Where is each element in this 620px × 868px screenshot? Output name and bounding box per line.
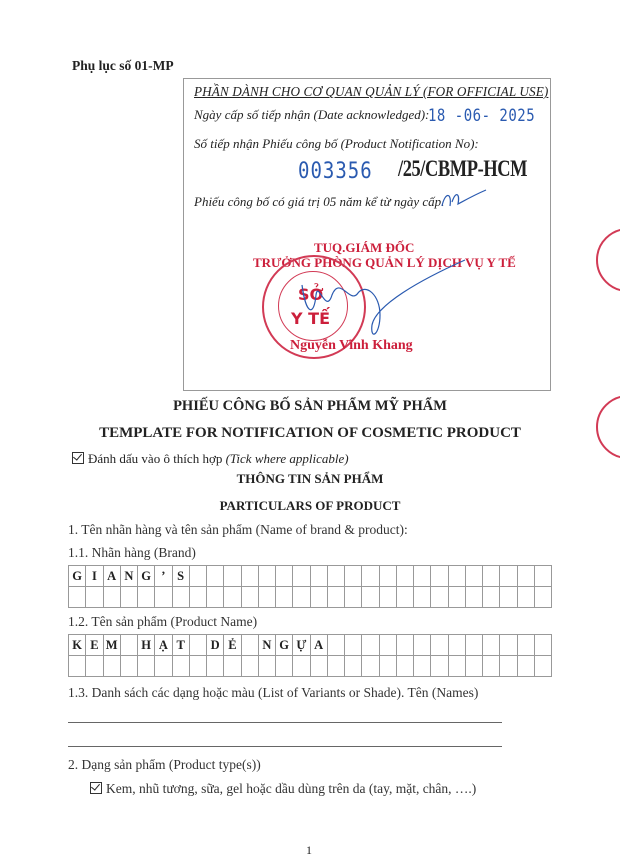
handwritten-initial-icon: [440, 188, 490, 213]
grid-cell[interactable]: [345, 656, 362, 677]
page-number: 1: [306, 843, 312, 858]
grid-cell[interactable]: [138, 587, 155, 608]
tick-instruction-vn: Đánh dấu vào ô thích hợp: [88, 451, 222, 466]
grid-cell[interactable]: [414, 656, 431, 677]
grid-cell[interactable]: [259, 656, 276, 677]
grid-cell[interactable]: D: [207, 635, 224, 656]
grid-cell[interactable]: [207, 656, 224, 677]
grid-cell[interactable]: [69, 587, 86, 608]
grid-cell[interactable]: [155, 656, 172, 677]
grid-cell[interactable]: ’: [155, 566, 172, 587]
grid-cell[interactable]: [397, 587, 414, 608]
grid-cell[interactable]: [397, 635, 414, 656]
grid-cell[interactable]: [293, 587, 310, 608]
grid-cell[interactable]: [276, 656, 293, 677]
grid-cell[interactable]: G: [276, 635, 293, 656]
product-type-option-label: Kem, nhũ tương, sữa, gel hoặc dầu dùng t…: [106, 781, 476, 796]
grid-cell[interactable]: G: [138, 566, 155, 587]
grid-cell[interactable]: [535, 656, 552, 677]
grid-cell[interactable]: [242, 656, 259, 677]
grid-cell[interactable]: N: [121, 566, 138, 587]
grid-cell[interactable]: [224, 566, 241, 587]
grid-cell[interactable]: S: [173, 566, 190, 587]
grid-cell[interactable]: [518, 566, 535, 587]
grid-cell[interactable]: [190, 587, 207, 608]
grid-cell[interactable]: [311, 587, 328, 608]
grid-cell[interactable]: [431, 656, 448, 677]
tick-instruction: Đánh dấu vào ô thích hợp (Tick where app…: [72, 451, 349, 467]
grid-cell[interactable]: T: [173, 635, 190, 656]
grid-cell[interactable]: [483, 566, 500, 587]
grid-cell[interactable]: Ạ: [155, 635, 172, 656]
grid-cell[interactable]: [483, 587, 500, 608]
grid-cell[interactable]: [207, 587, 224, 608]
section-1-3-label: 1.3. Danh sách các dạng hoặc màu (List o…: [68, 685, 478, 701]
grid-cell[interactable]: [466, 635, 483, 656]
grid-cell[interactable]: [86, 587, 103, 608]
grid-cell[interactable]: [466, 656, 483, 677]
grid-cell[interactable]: [328, 587, 345, 608]
grid-cell[interactable]: [414, 566, 431, 587]
form-title-en: TEMPLATE FOR NOTIFICATION OF COSMETIC PR…: [0, 425, 620, 442]
grid-cell[interactable]: [535, 587, 552, 608]
grid-cell[interactable]: [224, 587, 241, 608]
grid-cell[interactable]: [345, 566, 362, 587]
grid-cell[interactable]: [104, 587, 121, 608]
grid-cell[interactable]: [380, 656, 397, 677]
grid-cell[interactable]: [242, 566, 259, 587]
grid-cell[interactable]: M: [104, 635, 121, 656]
grid-cell[interactable]: A: [311, 635, 328, 656]
form-title-vn: PHIẾU CÔNG BỐ SẢN PHẨM MỸ PHẨM: [0, 398, 620, 415]
checked-box-icon[interactable]: [90, 782, 102, 794]
grid-cell[interactable]: [69, 656, 86, 677]
grid-cell[interactable]: N: [259, 635, 276, 656]
grid-cell[interactable]: [259, 587, 276, 608]
grid-cell[interactable]: [449, 635, 466, 656]
grid-cell[interactable]: [207, 566, 224, 587]
grid-cell[interactable]: [242, 587, 259, 608]
appendix-label: Phụ lục số 01-MP: [72, 58, 174, 74]
grid-cell[interactable]: Ự: [293, 635, 310, 656]
signatory-name: Nguyễn Vĩnh Khang: [290, 338, 413, 354]
side-stamp-top: [596, 228, 620, 292]
grid-cell[interactable]: [431, 587, 448, 608]
grid-cell[interactable]: [535, 566, 552, 587]
grid-cell[interactable]: [345, 587, 362, 608]
grid-cell[interactable]: [518, 635, 535, 656]
grid-cell[interactable]: [259, 566, 276, 587]
grid-cell[interactable]: G: [69, 566, 86, 587]
grid-cell[interactable]: [328, 656, 345, 677]
grid-cell[interactable]: [276, 587, 293, 608]
grid-cell[interactable]: [190, 566, 207, 587]
grid-cell[interactable]: [500, 656, 517, 677]
section-title-en: PARTICULARS OF PRODUCT: [0, 498, 620, 514]
notification-number: 003356: [298, 158, 373, 183]
grid-cell[interactable]: [518, 656, 535, 677]
grid-cell[interactable]: [414, 587, 431, 608]
grid-cell[interactable]: [311, 656, 328, 677]
grid-cell[interactable]: [121, 656, 138, 677]
grid-cell[interactable]: [397, 656, 414, 677]
grid-cell[interactable]: [483, 635, 500, 656]
grid-cell[interactable]: [483, 656, 500, 677]
grid-cell[interactable]: [190, 656, 207, 677]
grid-cell[interactable]: [362, 566, 379, 587]
grid-cell[interactable]: A: [104, 566, 121, 587]
product-name-grid[interactable]: KEMHẠTDẺNGỰA: [68, 634, 552, 677]
grid-cell[interactable]: [414, 635, 431, 656]
grid-cell[interactable]: [121, 635, 138, 656]
grid-cell[interactable]: [293, 566, 310, 587]
grid-cell[interactable]: [466, 566, 483, 587]
grid-cell[interactable]: [431, 566, 448, 587]
grid-cell[interactable]: [224, 656, 241, 677]
date-acknowledged-value: 18 -06- 2025: [428, 106, 535, 125]
grid-cell[interactable]: [190, 635, 207, 656]
grid-cell[interactable]: [535, 635, 552, 656]
grid-cell[interactable]: [449, 587, 466, 608]
grid-cell[interactable]: [449, 566, 466, 587]
grid-cell[interactable]: [466, 587, 483, 608]
notification-no-label: Số tiếp nhận Phiếu công bố (Product Noti…: [194, 136, 479, 152]
signatory-title: TUQ.GIÁM ĐỐC: [314, 240, 414, 256]
section-1-label: 1. Tên nhãn hàng và tên sản phẩm (Name o…: [68, 522, 408, 538]
grid-cell[interactable]: [138, 656, 155, 677]
grid-cell[interactable]: [518, 587, 535, 608]
variant-line-2[interactable]: [68, 746, 502, 747]
grid-cell[interactable]: [500, 587, 517, 608]
grid-cell[interactable]: [431, 635, 448, 656]
brand-grid[interactable]: GIANG’S: [68, 565, 552, 608]
grid-cell[interactable]: [293, 656, 310, 677]
grid-cell[interactable]: [362, 587, 379, 608]
checked-box-icon: [72, 452, 84, 464]
grid-cell[interactable]: I: [86, 566, 103, 587]
grid-cell[interactable]: [155, 587, 172, 608]
grid-cell[interactable]: K: [69, 635, 86, 656]
grid-cell[interactable]: [173, 656, 190, 677]
signature-icon: [300, 255, 470, 345]
variant-line-1[interactable]: [68, 722, 502, 723]
grid-cell[interactable]: [104, 656, 121, 677]
section-title-vn: THÔNG TIN SẢN PHẨM: [0, 471, 620, 487]
product-type-option[interactable]: Kem, nhũ tương, sữa, gel hoặc dầu dùng t…: [90, 781, 476, 797]
grid-cell[interactable]: [380, 587, 397, 608]
date-acknowledged-label: Ngày cấp số tiếp nhận (Date acknowledged…: [194, 107, 429, 123]
grid-cell[interactable]: [397, 566, 414, 587]
grid-cell[interactable]: [380, 566, 397, 587]
grid-cell[interactable]: [362, 635, 379, 656]
grid-cell[interactable]: [328, 566, 345, 587]
section-2-label: 2. Dạng sản phẩm (Product type(s)): [68, 757, 261, 773]
grid-cell[interactable]: [380, 635, 397, 656]
grid-cell[interactable]: [121, 587, 138, 608]
grid-cell[interactable]: [276, 566, 293, 587]
grid-cell[interactable]: [345, 635, 362, 656]
grid-cell[interactable]: [362, 656, 379, 677]
section-1-2-label: 1.2. Tên sản phẩm (Product Name): [68, 614, 257, 630]
notification-suffix: /25/CBMP-HCM: [398, 156, 527, 182]
official-use-title: PHẦN DÀNH CHO CƠ QUAN QUẢN LÝ (FOR OFFIC…: [194, 84, 548, 100]
grid-cell[interactable]: H: [138, 635, 155, 656]
grid-cell[interactable]: E: [86, 635, 103, 656]
tick-instruction-en: (Tick where applicable): [226, 451, 349, 466]
grid-cell[interactable]: Ẻ: [224, 635, 241, 656]
grid-cell[interactable]: [86, 656, 103, 677]
grid-cell[interactable]: [242, 635, 259, 656]
grid-cell[interactable]: [173, 587, 190, 608]
validity-text: Phiếu công bố có giá trị 05 năm kể từ ng…: [194, 194, 444, 210]
grid-cell[interactable]: [500, 566, 517, 587]
grid-cell[interactable]: [500, 635, 517, 656]
grid-cell[interactable]: [328, 635, 345, 656]
grid-cell[interactable]: [449, 656, 466, 677]
grid-cell[interactable]: [311, 566, 328, 587]
section-1-1-label: 1.1. Nhãn hàng (Brand): [68, 545, 196, 561]
